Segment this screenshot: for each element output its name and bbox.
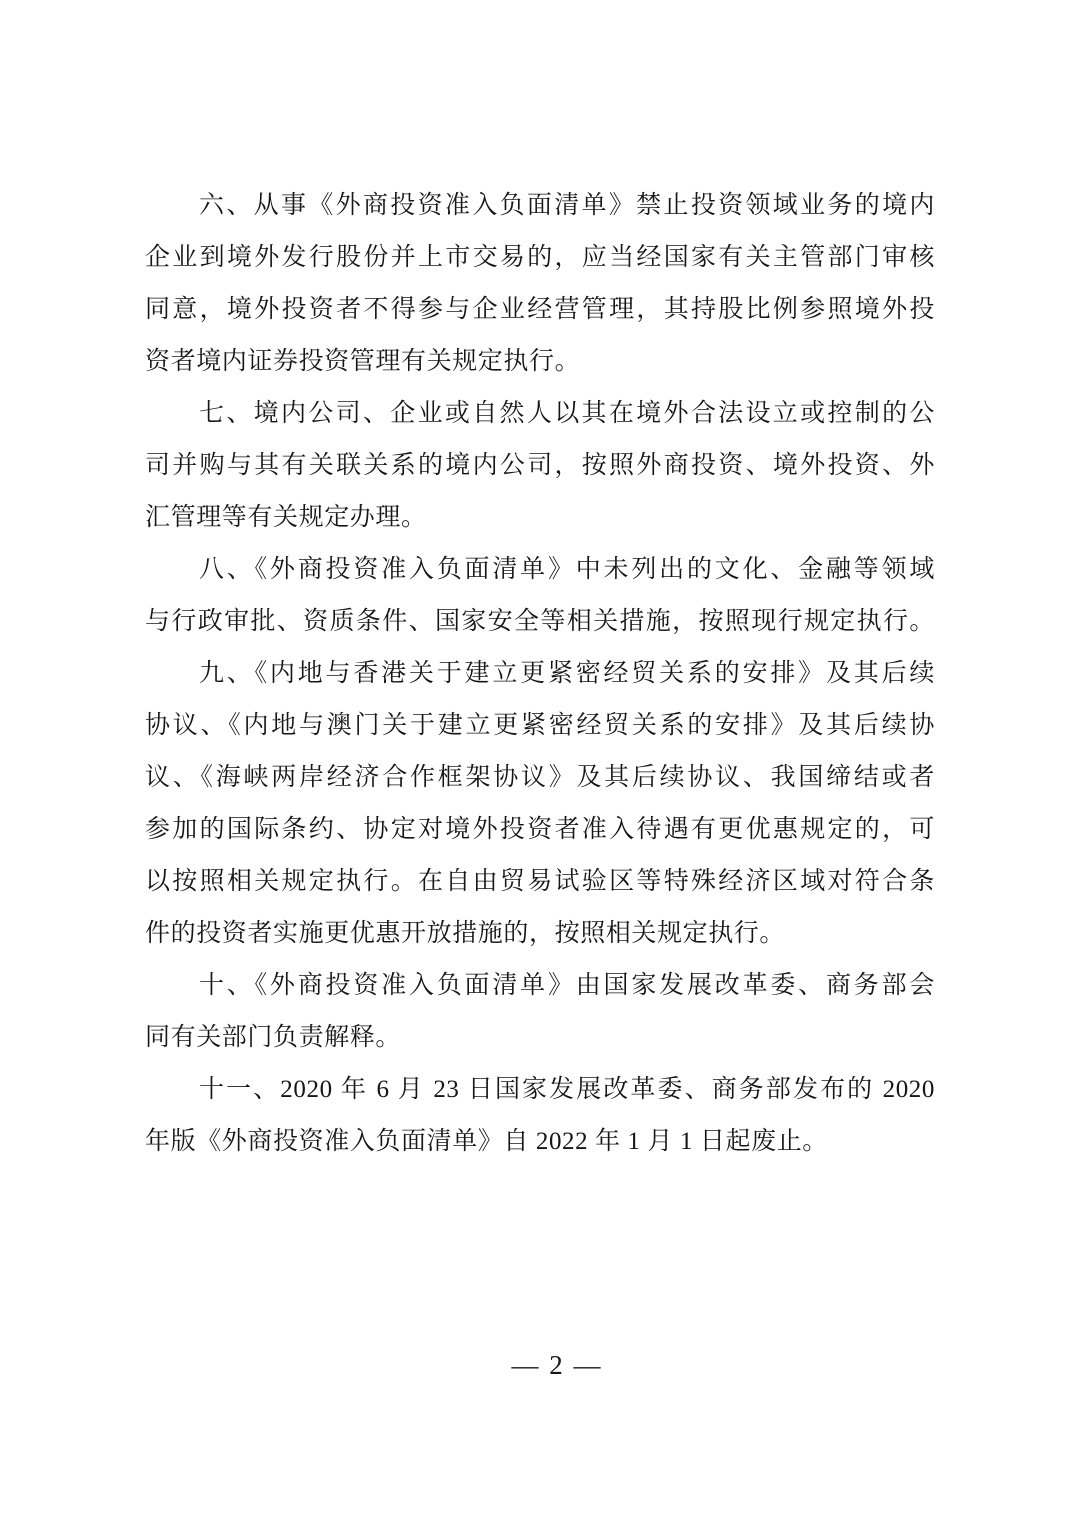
text-line: 与行政审批、资质条件、国家安全等相关措施，按照现行规定执行。 <box>145 596 935 648</box>
paragraph: 九、《内地与香港关于建立更紧密经贸关系的安排》及其后续协议、《内地与澳门关于建立… <box>145 648 935 960</box>
text-line: 议、《海峡两岸经济合作框架协议》及其后续协议、我国缔结或者 <box>145 752 935 804</box>
text-line: 七、境内公司、企业或自然人以其在境外合法设立或控制的公 <box>145 388 935 440</box>
text-line: 六、从事《外商投资准入负面清单》禁止投资领域业务的境内 <box>145 180 935 232</box>
text-line: 九、《内地与香港关于建立更紧密经贸关系的安排》及其后续 <box>145 648 935 700</box>
text-line: 年版《外商投资准入负面清单》自 2022 年 1 月 1 日起废止。 <box>145 1116 935 1168</box>
text-line: 以按照相关规定执行。在自由贸易试验区等特殊经济区域对符合条 <box>145 856 935 908</box>
text-line: 参加的国际条约、协定对境外投资者准入待遇有更优惠规定的，可 <box>145 804 935 856</box>
paragraph: 十、《外商投资准入负面清单》由国家发展改革委、商务部会同有关部门负责解释。 <box>145 960 935 1064</box>
paragraph: 七、境内公司、企业或自然人以其在境外合法设立或控制的公司并购与其有关联关系的境内… <box>145 388 935 544</box>
text-line: 汇管理等有关规定办理。 <box>145 492 935 544</box>
paragraph: 十一、2020 年 6 月 23 日国家发展改革委、商务部发布的 2020年版《… <box>145 1064 935 1168</box>
text-line: 协议、《内地与澳门关于建立更紧密经贸关系的安排》及其后续协 <box>145 700 935 752</box>
text-line: 企业到境外发行股份并上市交易的，应当经国家有关主管部门审核 <box>145 232 935 284</box>
text-line: 同意，境外投资者不得参与企业经营管理，其持股比例参照境外投 <box>145 284 935 336</box>
text-line: 同有关部门负责解释。 <box>145 1012 935 1064</box>
document-page: 六、从事《外商投资准入负面清单》禁止投资领域业务的境内企业到境外发行股份并上市交… <box>0 0 1074 1520</box>
text-line: 资者境内证券投资管理有关规定执行。 <box>145 336 935 388</box>
text-line: 八、《外商投资准入负面清单》中未列出的文化、金融等领域 <box>145 544 935 596</box>
document-body: 六、从事《外商投资准入负面清单》禁止投资领域业务的境内企业到境外发行股份并上市交… <box>145 180 935 1168</box>
page-footer: — 2 — <box>0 1342 1074 1388</box>
paragraph: 六、从事《外商投资准入负面清单》禁止投资领域业务的境内企业到境外发行股份并上市交… <box>145 180 935 388</box>
text-line: 十一、2020 年 6 月 23 日国家发展改革委、商务部发布的 2020 <box>145 1064 935 1116</box>
text-line: 十、《外商投资准入负面清单》由国家发展改革委、商务部会 <box>145 960 935 1012</box>
paragraph: 八、《外商投资准入负面清单》中未列出的文化、金融等领域与行政审批、资质条件、国家… <box>145 544 935 648</box>
text-line: 司并购与其有关联关系的境内公司，按照外商投资、境外投资、外 <box>145 440 935 492</box>
text-line: 件的投资者实施更优惠开放措施的，按照相关规定执行。 <box>145 908 935 960</box>
page-number: — 2 — <box>512 1350 603 1380</box>
